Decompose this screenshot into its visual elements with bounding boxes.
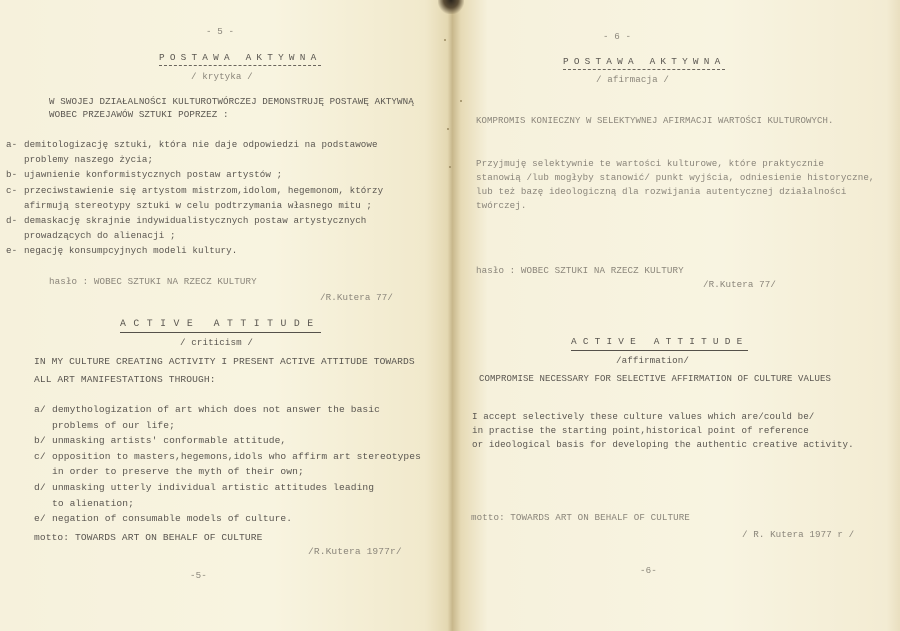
list-item-text: opposition to masters,hegemons,idols who… bbox=[52, 451, 421, 463]
list-item-text: problems of our life; bbox=[52, 420, 175, 432]
body-english-3: or ideological basis for developing the … bbox=[472, 439, 854, 451]
list-item-marker: b- bbox=[6, 169, 17, 181]
list-item-marker: c- bbox=[6, 185, 17, 197]
list-item-text: in order to preserve the myth of their o… bbox=[52, 466, 304, 478]
subheading-english: / criticism / bbox=[180, 337, 253, 349]
list-item-text: ujawnienie konformistycznych postaw arty… bbox=[24, 169, 282, 181]
list-item-text: unmasking utterly individual artistic at… bbox=[52, 482, 374, 494]
heading-polish: POSTAWA AKTYWNA bbox=[563, 56, 725, 70]
list-item-text: unmasking artists' conformable attitude, bbox=[52, 435, 286, 447]
motto-polish: hasło : WOBEC SZTUKI NA RZECZ KULTURY bbox=[476, 265, 684, 277]
body-polish-3: lub też bazę ideologiczną dla rozwijania… bbox=[476, 186, 846, 198]
intro-polish-2: WOBEC PRZEJAWÓW SZTUKI POPRZEZ : bbox=[49, 109, 229, 121]
list-item-text: demaskację skrajnie indywidualistycznych… bbox=[24, 215, 366, 227]
statement-polish: KOMPROMIS KONIECZNY W SELEKTYWNEJ AFIRMA… bbox=[476, 115, 834, 127]
list-item-marker: a- bbox=[6, 139, 17, 151]
intro-english-1: IN MY CULTURE CREATING ACTIVITY I PRESEN… bbox=[34, 356, 415, 368]
list-item-marker: a/ bbox=[34, 404, 46, 416]
list-item-marker: e- bbox=[6, 245, 17, 257]
list-item-text: to alienation; bbox=[52, 498, 134, 510]
intro-polish-1: W SWOJEJ DZIAŁALNOŚCI KULTUROTWÓRCZEJ DE… bbox=[49, 96, 414, 108]
subheading-english: /affirmation/ bbox=[616, 355, 689, 367]
body-polish-1: Przyjmuję selektywnie te wartości kultur… bbox=[476, 158, 824, 170]
motto-english: motto: TOWARDS ART ON BEHALF OF CULTURE bbox=[34, 532, 262, 544]
heading-english: ACTIVE ATTITUDE bbox=[571, 336, 748, 351]
body-polish-4: twórczej. bbox=[476, 200, 527, 212]
statement-english: COMPROMISE NECESSARY FOR SELECTIVE AFFIR… bbox=[479, 373, 831, 385]
list-item-marker: e/ bbox=[34, 513, 46, 525]
paper-speck bbox=[449, 166, 451, 168]
binding-shadow bbox=[438, 0, 464, 14]
right-page: - 6 - POSTAWA AKTYWNA / afirmacja / KOMP… bbox=[452, 0, 900, 631]
list-item-marker: d/ bbox=[34, 482, 46, 494]
list-item-text: demythologization of art which does not … bbox=[52, 404, 380, 416]
paper-speck bbox=[444, 39, 446, 41]
list-item-marker: b/ bbox=[34, 435, 46, 447]
heading-polish: POSTAWA AKTYWNA bbox=[159, 52, 321, 66]
page-number-top: - 5 - bbox=[206, 26, 234, 38]
signature-english: / R. Kutera 1977 r / bbox=[742, 529, 854, 541]
list-item-text: negation of consumable models of culture… bbox=[52, 513, 292, 525]
body-english-2: in practise the starting point,historica… bbox=[472, 425, 809, 437]
page-number-bottom: -5- bbox=[190, 570, 207, 582]
subheading-polish: / afirmacja / bbox=[596, 74, 669, 86]
heading-english: ACTIVE ATTITUDE bbox=[120, 318, 321, 333]
intro-english-2: ALL ART MANIFESTATIONS THROUGH: bbox=[34, 374, 216, 386]
body-polish-2: stanowią /lub mogłyby stanowić/ punkt wy… bbox=[476, 172, 875, 184]
page-number-bottom: -6- bbox=[640, 565, 657, 577]
list-item-marker: c/ bbox=[34, 451, 46, 463]
paper-speck bbox=[447, 128, 449, 130]
page-number-top: - 6 - bbox=[603, 31, 631, 43]
signature-polish: /R.Kutera 77/ bbox=[703, 279, 776, 291]
list-item-text: problemy naszego życia; bbox=[24, 154, 153, 166]
signature-polish: /R.Kutera 77/ bbox=[320, 292, 393, 304]
subheading-polish: / krytyka / bbox=[191, 71, 253, 83]
list-item-text: demitologizację sztuki, która nie daje o… bbox=[24, 139, 378, 151]
body-english-1: I accept selectively these culture value… bbox=[472, 411, 814, 423]
left-page: - 5 - POSTAWA AKTYWNA / krytyka / W SWOJ… bbox=[0, 0, 452, 631]
list-item-marker: d- bbox=[6, 215, 17, 227]
list-item-text: prowadzących do alienacji ; bbox=[24, 230, 176, 242]
list-item-text: negację konsumpcyjnych modeli kultury. bbox=[24, 245, 237, 257]
signature-english: /R.Kutera 1977r/ bbox=[308, 546, 402, 558]
paper-speck bbox=[460, 100, 462, 102]
list-item-text: afirmują stereotypy sztuki w celu podtrz… bbox=[24, 200, 372, 212]
list-item-text: przeciwstawienie się artystom mistrzom,i… bbox=[24, 185, 383, 197]
motto-english: motto: TOWARDS ART ON BEHALF OF CULTURE bbox=[471, 512, 690, 524]
motto-polish: hasło : WOBEC SZTUKI NA RZECZ KULTURY bbox=[49, 276, 257, 288]
